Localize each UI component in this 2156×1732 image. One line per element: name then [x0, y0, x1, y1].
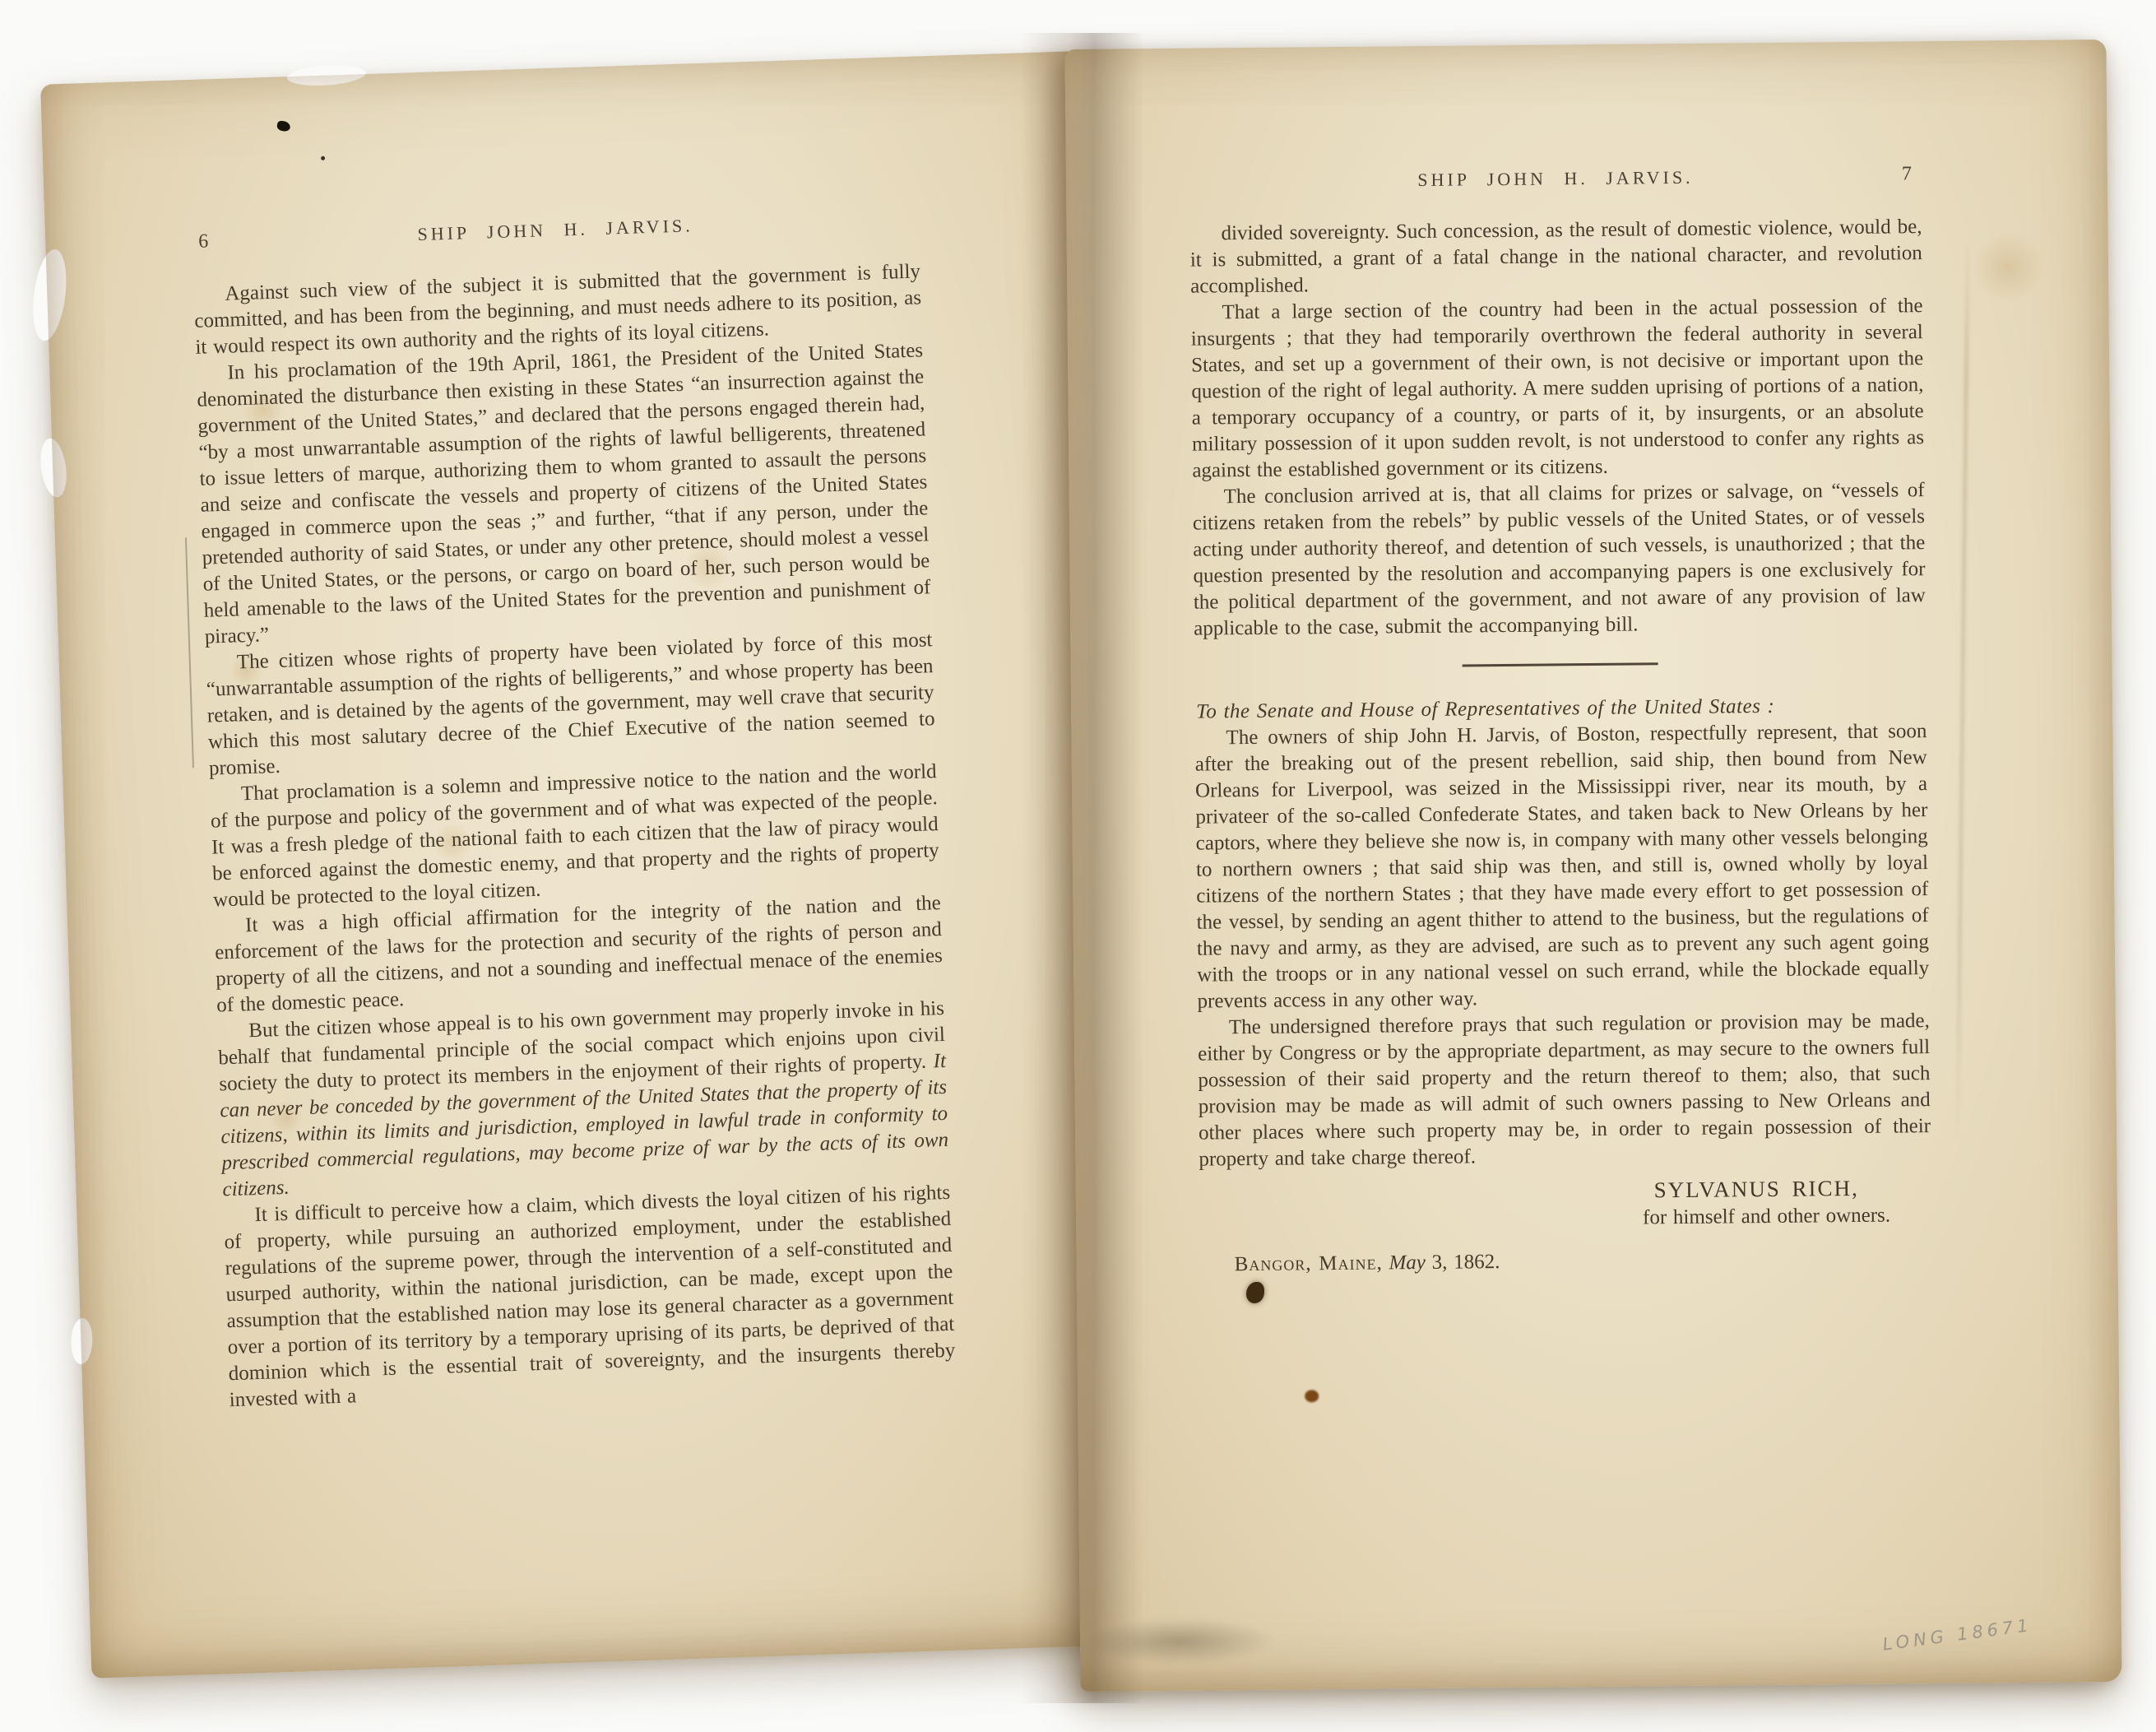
dateline-month: May — [1389, 1251, 1426, 1274]
right-page-number: 7 — [1902, 163, 1912, 185]
ink-blot-stain — [1246, 1282, 1264, 1303]
section-divider-rule — [1463, 662, 1658, 666]
torn-edge-chip — [28, 248, 71, 343]
paragraph: The conclusion arrived at is, that all c… — [1193, 477, 1926, 643]
left-page-number: 6 — [198, 230, 209, 253]
foxing-stain — [1968, 234, 2048, 301]
torn-edge-chip — [37, 437, 70, 499]
left-page-text: Against such view of the subject it is s… — [193, 258, 957, 1414]
right-running-head: SHIP JOHN H. JARVIS. — [1189, 165, 1922, 193]
paragraph: It is difficult to perceive how a claim,… — [223, 1180, 957, 1414]
ink-speck-stain — [321, 156, 325, 160]
paragraph-with-italic-citation: But the citizen whose appeal is to his o… — [217, 996, 950, 1203]
paper-crease — [1956, 239, 1969, 1144]
dateline-rest: 3, 1862. — [1432, 1251, 1500, 1274]
right-page-header: SHIP JOHN H. JARVIS. 7 — [1189, 165, 1922, 202]
torn-edge-chip — [286, 63, 366, 87]
torn-edge-chip — [70, 1318, 93, 1365]
paragraph: That a large section of the country had … — [1190, 293, 1924, 485]
left-page: 6 SHIP JOHN H. JARVIS. Against such view… — [40, 51, 1126, 1679]
paragraph: The citizen whose rights of property hav… — [205, 627, 936, 782]
paragraph: The owners of ship John H. Jarvis, of Bo… — [1194, 718, 1929, 1015]
left-running-head: SHIP JOHN H. JARVIS. — [192, 207, 919, 253]
paragraph: divided sovereignty. Such concession, as… — [1189, 214, 1922, 300]
left-page-header: 6 SHIP JOHN H. JARVIS. — [192, 207, 920, 261]
paragraph: The undersigned therefore prays that suc… — [1198, 1008, 1931, 1173]
paragraph: That proclamation is a solemn and impres… — [210, 759, 941, 913]
margin-pencil-line — [185, 537, 194, 768]
pencil-annotation: LONG 18671 — [1881, 1615, 2033, 1655]
dateline: Bangor, Maine, May 3, 1862. — [1199, 1245, 1931, 1279]
right-page: SHIP JOHN H. JARVIS. 7 divided sovereign… — [1064, 39, 2121, 1692]
right-page-text: divided sovereignty. Such concession, as… — [1189, 214, 1931, 1278]
dateline-place: Bangor, Maine, — [1235, 1251, 1383, 1275]
photographed-document-spread: 6 SHIP JOHN H. JARVIS. Against such view… — [0, 0, 2156, 1732]
brown-spot-stain — [1305, 1390, 1319, 1402]
signature-role: for himself and other owners. — [1199, 1202, 1931, 1236]
ink-mark-stain — [276, 120, 291, 132]
bottom-edge-smudge — [1085, 1618, 1275, 1665]
paragraph: In his proclamation of the 19th April, 1… — [196, 337, 932, 650]
